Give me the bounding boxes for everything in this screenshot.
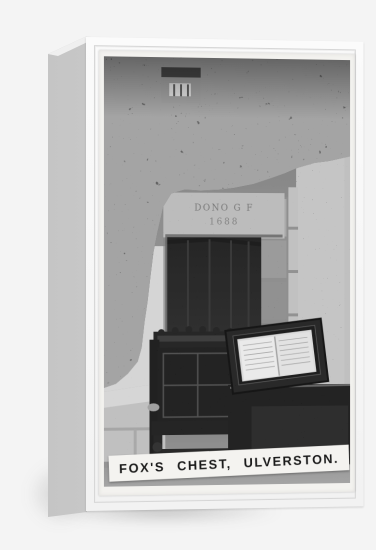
photograph: DONO G F 1688 <box>104 56 350 486</box>
photo-scene: DONO G F 1688 <box>104 56 350 486</box>
product-photo-stage: DONO G F 1688 <box>0 0 376 550</box>
framed-print: DONO G F 1688 <box>86 37 364 511</box>
caption-text: FOX'S CHEST, ULVERSTON. <box>119 451 339 476</box>
film-grain <box>104 56 350 486</box>
print-card: DONO G F 1688 <box>99 50 355 496</box>
